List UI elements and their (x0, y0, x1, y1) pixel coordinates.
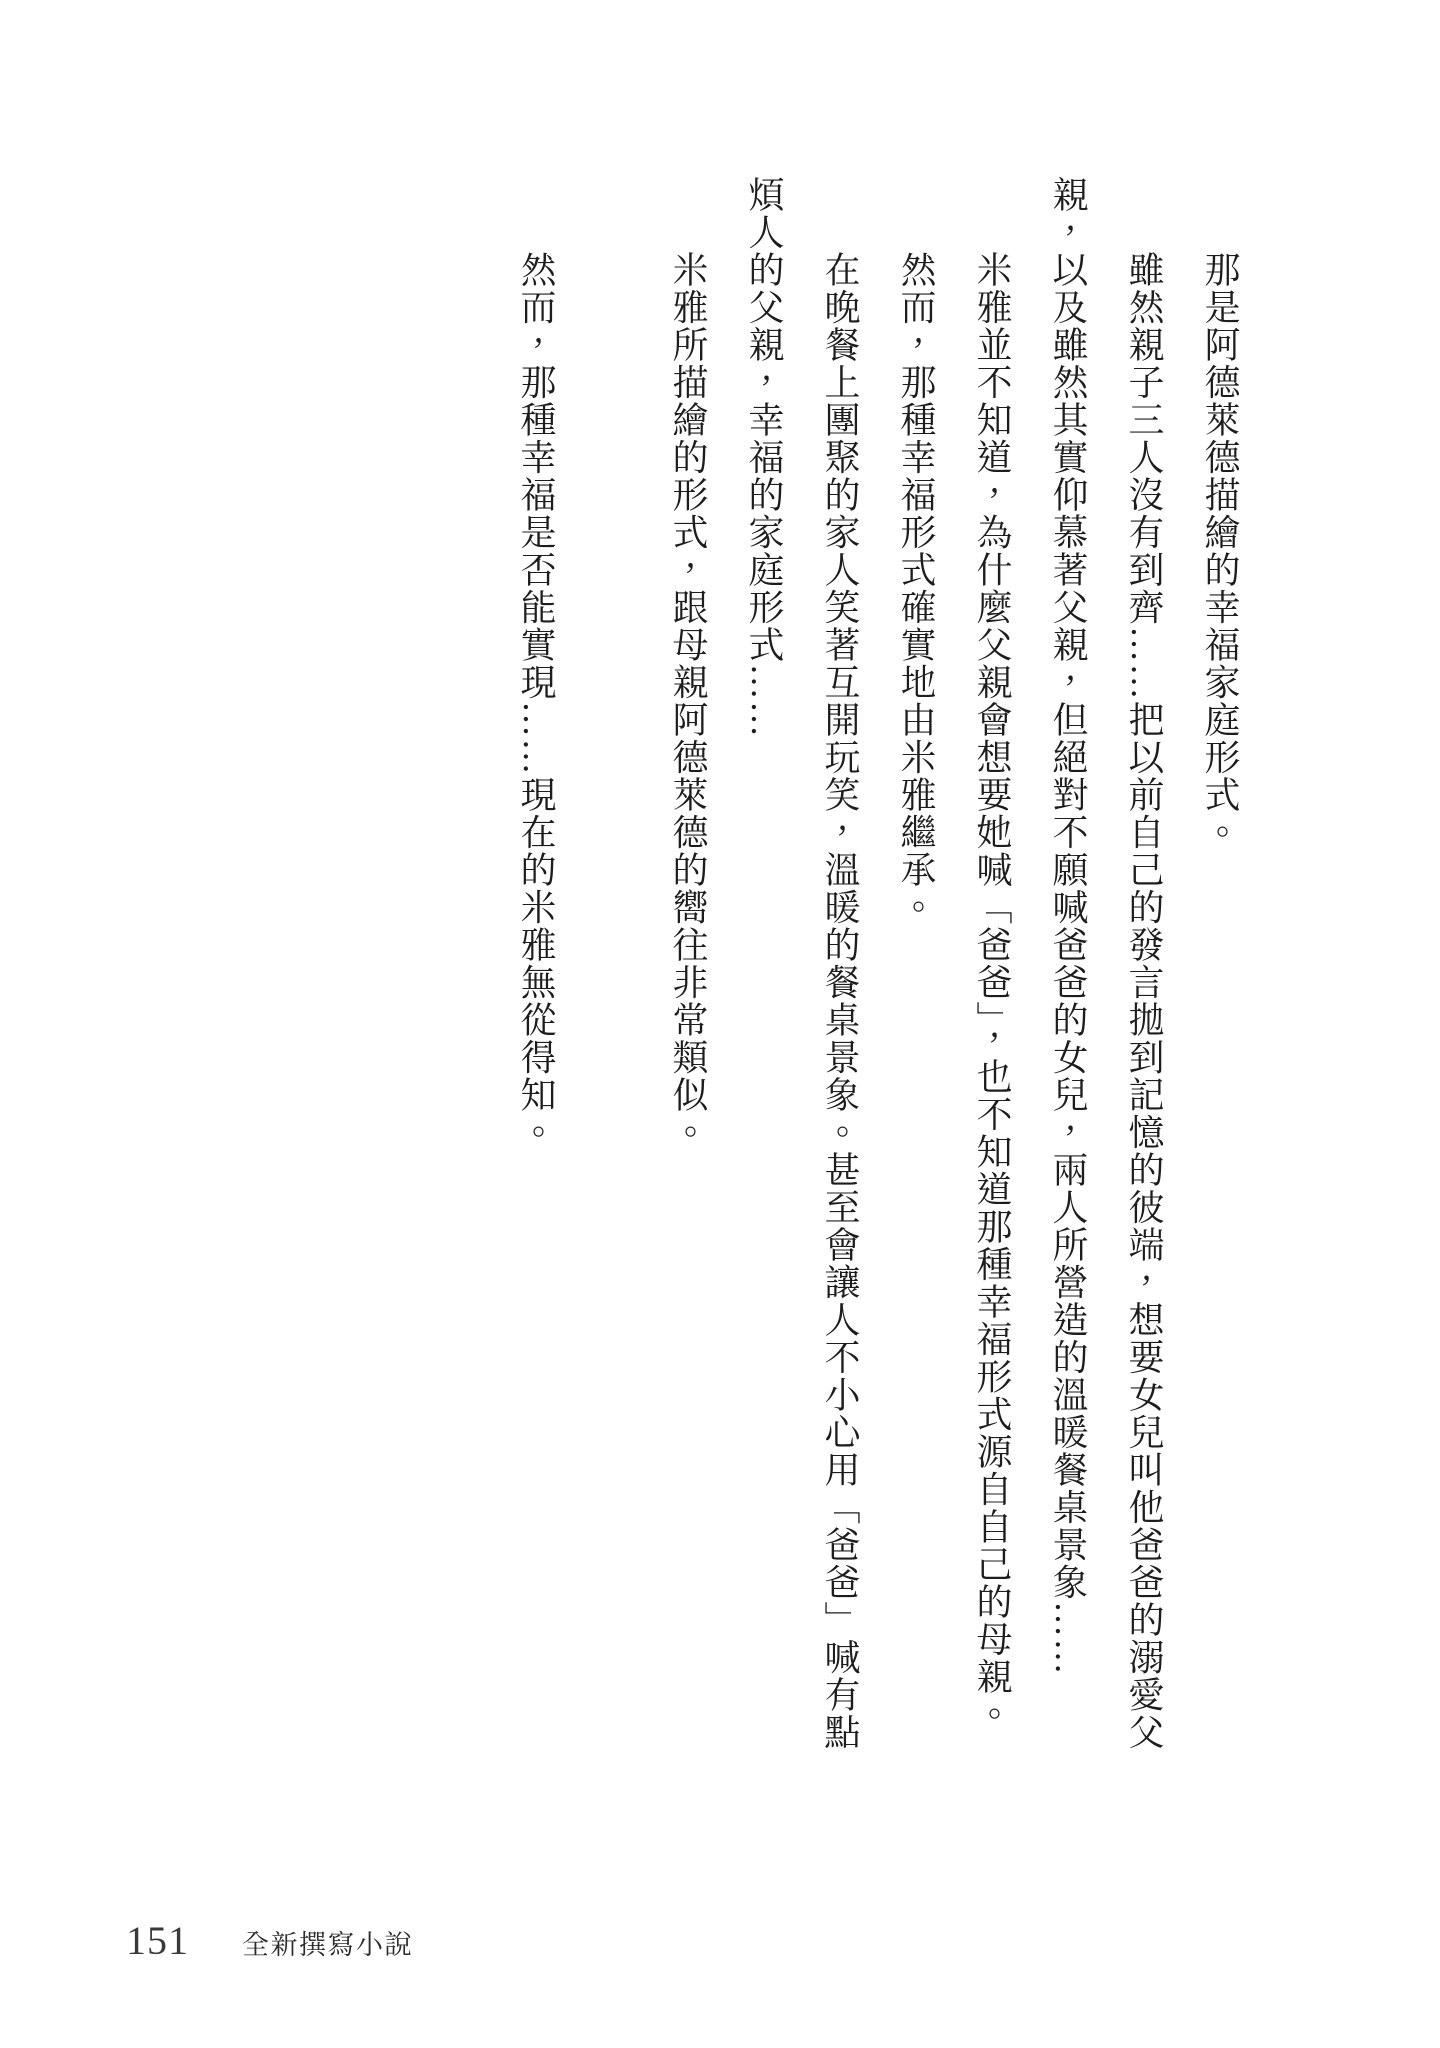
paragraph: 然而，那種幸福形式確實地由米雅繼承。 (878, 176, 954, 1788)
paragraph: 米雅並不知道，為什麼父親會想要她喊「爸爸」，也不知道那種幸福形式源自自己的母親。 (954, 176, 1030, 1788)
paragraph: 然而，那種幸福是否能實現……現在的米雅無從得知。 (498, 176, 574, 1788)
page-number: 151 (126, 1917, 189, 1964)
footer: 151 全新撰寫小說 (126, 1917, 413, 1964)
paragraph: 那是阿德萊德描繪的幸福家庭形式。 (1182, 176, 1258, 1788)
body-text: 那是阿德萊德描繪的幸福家庭形式。 雖然親子三人沒有到齊……把以前自己的發言拋到記… (498, 176, 1258, 1788)
paragraph: 雖然親子三人沒有到齊……把以前自己的發言拋到記憶的彼端，想要女兒叫他爸爸的溺愛父… (1030, 176, 1182, 1788)
paragraph: 米雅所描繪的形式，跟母親阿德萊德的嚮往非常類似。 (650, 176, 726, 1788)
book-page: 那是阿德萊德描繪的幸福家庭形式。 雖然親子三人沒有到齊……把以前自己的發言拋到記… (0, 0, 1440, 2048)
paragraph: 在晚餐上團聚的家人笑著互開玩笑，溫暖的餐桌景象。甚至會讓人不小心用「爸爸」喊有點… (726, 176, 878, 1788)
running-title: 全新撰寫小說 (242, 1923, 413, 1962)
